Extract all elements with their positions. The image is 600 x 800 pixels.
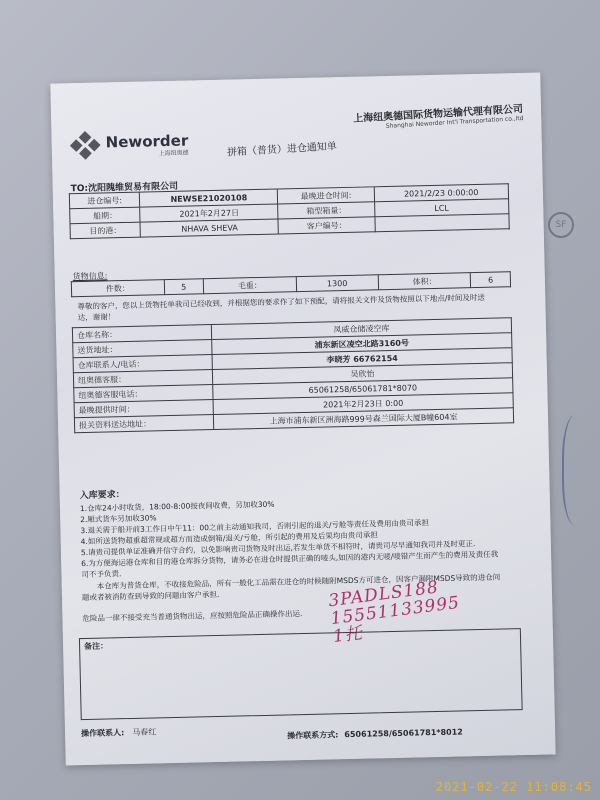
company-name: 上海纽奥德国际货物运输代理有限公司 Shanghai Neworder Int'… — [353, 100, 524, 132]
cell-label: 进仓编号: — [69, 192, 140, 209]
pieces-label: 件数： — [71, 280, 164, 297]
operator-phone: 操作联系方式:65061258/65061781*8012 — [287, 726, 463, 741]
neworder-logo-icon — [69, 131, 100, 162]
warehouse-table: 仓库名称：凤威仓储凌空库 送货地址：浦东新区凌空北路3160号 仓库联系人/电话… — [72, 317, 514, 433]
dangerous-goods-notice: 危险品一律不接受充当普通货物出运，应按照危险品正确操作出运. — [82, 608, 302, 624]
cable-decoration — [562, 415, 594, 525]
warehouse-notice-document: Neworder 上海纽奥德 上海纽奥德国际货物运输代理有限公司 Shangha… — [50, 73, 555, 766]
cell-value: NHAVA SHEVA — [140, 219, 278, 237]
document-title: 拼箱（普货）进仓通知单 — [227, 137, 338, 158]
weight-value: 1300 — [296, 275, 379, 292]
requirements-list: 1.仓库24小时收货，18:00-8:00按夜间收费，另加收30% 2.厢式货车… — [80, 494, 502, 581]
cell-value — [375, 214, 510, 232]
cell-label: 客户编号： — [278, 217, 374, 234]
cell-label: 船期： — [70, 207, 141, 224]
operator-label: 操作联系人: — [81, 728, 124, 738]
sf-stamp-mark: SF — [548, 212, 574, 238]
weight-label: 毛重： — [203, 277, 296, 294]
volume-label: 体积： — [378, 273, 471, 290]
remarks-box: 备注： — [79, 628, 523, 720]
cell-label: 目的港： — [70, 222, 141, 239]
booking-table: 进仓编号: NEWSE21020108 最晚进仓时间: 2021/2/23 0:… — [69, 183, 510, 239]
cell-label: 报关资料送达地址： — [74, 415, 213, 433]
remarks-label: 备注： — [80, 629, 520, 654]
company-logo: Neworder 上海纽奥德 — [69, 129, 188, 162]
operator-name: 马春红 — [132, 727, 156, 737]
contact-label: 操作联系方式: — [287, 730, 338, 740]
requirements-title: 入库要求： — [80, 487, 125, 501]
operator-contact: 操作联系人:马春红 — [81, 726, 156, 739]
pieces-value: 5 — [164, 279, 204, 295]
photo-timestamp: 2021-02-22 11:08:45 — [436, 780, 592, 794]
contact-value: 65061258/65061781*8012 — [344, 727, 463, 739]
volume-value: 6 — [471, 272, 511, 288]
